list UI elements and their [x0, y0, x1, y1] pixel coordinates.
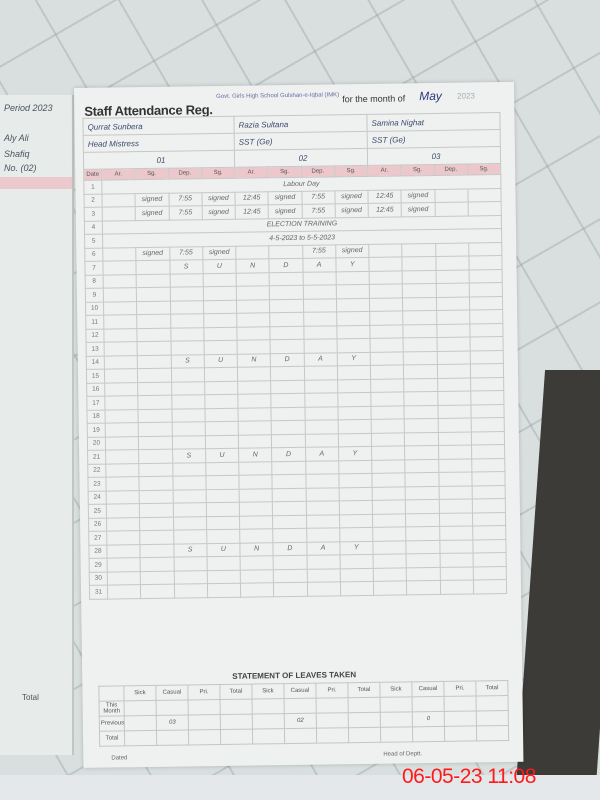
- attendance-cell: [173, 530, 206, 544]
- attendance-cell: 7:55: [302, 244, 335, 258]
- attendance-cell: [140, 544, 173, 558]
- attendance-cell: [139, 476, 172, 490]
- attendance-cell: [170, 327, 203, 341]
- attendance-cell: [339, 514, 372, 528]
- attendance-cell: [468, 242, 501, 256]
- attendance-cell: [303, 325, 336, 339]
- leaves-table: Sick Casual Pri. Total Sick Casual Pri. …: [98, 680, 509, 747]
- attendance-cell: [471, 418, 504, 432]
- attendance-cell: [404, 364, 437, 378]
- attendance-cell: [203, 286, 236, 300]
- attendance-cell: [338, 433, 371, 447]
- attendance-cell: [435, 202, 468, 216]
- attendance-cell: [372, 500, 405, 514]
- attendance-cell: [174, 584, 207, 598]
- attendance-cell: [271, 366, 304, 380]
- attendance-cell: [272, 488, 305, 502]
- day-number: 14: [86, 356, 104, 370]
- attendance-cell: [371, 378, 404, 392]
- attendance-cell: N: [240, 542, 273, 556]
- attendance-cell: [273, 569, 306, 583]
- day-number: 4: [84, 221, 102, 235]
- attendance-cell: [239, 461, 272, 475]
- attendance-cell: [206, 489, 239, 503]
- attendance-cell: U: [204, 354, 237, 368]
- day-number: 8: [85, 275, 103, 289]
- attendance-cell: [239, 475, 272, 489]
- attendance-cell: [102, 207, 135, 221]
- attendance-cell: [240, 583, 273, 597]
- attendance-cell: signed: [202, 192, 235, 206]
- attendance-cell: [306, 501, 339, 515]
- attendance-cell: signed: [202, 246, 235, 260]
- attendance-cell: [303, 271, 336, 285]
- attendance-cell: [205, 462, 238, 476]
- leave-col: Sick: [380, 682, 412, 697]
- attendance-cell: [107, 531, 140, 545]
- attendance-cell: [273, 555, 306, 569]
- attendance-cell: [269, 272, 302, 286]
- attendance-cell: U: [205, 448, 238, 462]
- attendance-cell: [206, 502, 239, 516]
- day-number: 27: [89, 531, 107, 545]
- left-page-line: No. (02): [4, 163, 37, 173]
- attendance-cell: [405, 459, 438, 473]
- attendance-cell: [137, 355, 170, 369]
- attendance-cell: [137, 341, 170, 355]
- attendance-cell: [103, 247, 136, 261]
- attendance-cell: [371, 392, 404, 406]
- attendance-cell: [373, 581, 406, 595]
- attendance-cell: [369, 270, 402, 284]
- attendance-cell: [274, 582, 307, 596]
- col-arrival: Ar.: [102, 169, 135, 180]
- attendance-cell: [140, 503, 173, 517]
- attendance-cell: [336, 271, 369, 285]
- attendance-cell: [238, 380, 271, 394]
- attendance-cell: [306, 528, 339, 542]
- attendance-cell: [102, 193, 135, 207]
- attendance-cell: Y: [336, 257, 369, 271]
- attendance-cell: [273, 528, 306, 542]
- attendance-cell: [304, 366, 337, 380]
- day-number: 22: [88, 464, 106, 478]
- attendance-cell: [337, 338, 370, 352]
- attendance-cell: [470, 323, 503, 337]
- col-arrival: Ar.: [235, 167, 268, 178]
- attendance-cell: signed: [136, 247, 169, 261]
- attendance-cell: [406, 553, 439, 567]
- attendance-cell: [469, 256, 502, 270]
- attendance-cell: signed: [135, 206, 168, 220]
- attendance-cell: [406, 540, 439, 554]
- attendance-cell: signed: [335, 244, 368, 258]
- attendance-cell: S: [173, 543, 206, 557]
- attendance-cell: [338, 460, 371, 474]
- attendance-cell: [406, 499, 439, 513]
- attendance-cell: [270, 285, 303, 299]
- leave-col: Casual: [284, 683, 316, 698]
- attendance-cell: [404, 405, 437, 419]
- attendance-cell: [337, 365, 370, 379]
- attendance-cell: [469, 296, 502, 310]
- day-number: 11: [86, 315, 104, 329]
- attendance-cell: [469, 269, 502, 283]
- attendance-cell: [137, 314, 170, 328]
- attendance-cell: [473, 566, 506, 580]
- attendance-cell: [304, 339, 337, 353]
- attendance-cell: [138, 382, 171, 396]
- day-number: 12: [86, 329, 104, 343]
- attendance-cell: [137, 287, 170, 301]
- attendance-cell: [205, 435, 238, 449]
- attendance-cell: [372, 446, 405, 460]
- attendance-cell: [107, 517, 140, 531]
- attendance-cell: [137, 328, 170, 342]
- attendance-cell: [271, 420, 304, 434]
- leave-col: Pri.: [316, 683, 348, 698]
- attendance-cell: [237, 313, 270, 327]
- attendance-cell: [470, 364, 503, 378]
- attendance-cell: [438, 458, 471, 472]
- attendance-cell: signed: [268, 191, 301, 205]
- attendance-cell: [106, 477, 139, 491]
- col-date: Date: [84, 169, 102, 180]
- day-number: 31: [89, 585, 107, 599]
- attendance-cell: [240, 556, 273, 570]
- attendance-cell: [307, 555, 340, 569]
- attendance-cell: [403, 283, 436, 297]
- attendance-cell: [373, 567, 406, 581]
- attendance-cell: [171, 368, 204, 382]
- attendance-cell: [107, 571, 140, 585]
- attendance-cell: S: [169, 260, 202, 274]
- attendance-cell: [140, 517, 173, 531]
- attendance-cell: [140, 557, 173, 571]
- attendance-cell: [204, 367, 237, 381]
- attendance-cell: [402, 243, 435, 257]
- attendance-cell: [405, 445, 438, 459]
- attendance-cell: [305, 433, 338, 447]
- attendance-cell: [271, 393, 304, 407]
- attendance-cell: [437, 391, 470, 405]
- year-value: 2023: [457, 91, 475, 100]
- attendance-cell: U: [207, 543, 240, 557]
- attendance-cell: [104, 328, 137, 342]
- attendance-cell: [404, 391, 437, 405]
- attendance-cell: A: [306, 541, 339, 555]
- attendance-cell: [436, 323, 469, 337]
- staff-2-no: 02: [234, 148, 367, 167]
- attendance-cell: [438, 472, 471, 486]
- attendance-cell: [437, 377, 470, 391]
- attendance-cell: Y: [340, 541, 373, 555]
- attendance-cell: [136, 274, 169, 288]
- attendance-cell: [338, 392, 371, 406]
- attendance-cell: [370, 351, 403, 365]
- attendance-cell: [239, 515, 272, 529]
- staff-1-name: Qurrat Sunbera: [83, 116, 234, 135]
- attendance-cell: [205, 421, 238, 435]
- attendance-cell: [403, 351, 436, 365]
- day-number: 16: [87, 383, 105, 397]
- attendance-cell: [171, 381, 204, 395]
- month-label: for the month of: [342, 93, 405, 104]
- attendance-cell: [239, 488, 272, 502]
- attendance-cell: [237, 340, 270, 354]
- attendance-cell: [272, 461, 305, 475]
- attendance-cell: [172, 422, 205, 436]
- attendance-cell: N: [237, 353, 270, 367]
- attendance-cell: [236, 286, 269, 300]
- attendance-cell: [338, 419, 371, 433]
- attendance-cell: signed: [401, 189, 434, 203]
- attendance-cell: [105, 436, 138, 450]
- attendance-cell: [105, 423, 138, 437]
- attendance-cell: 7:55: [302, 204, 335, 218]
- day-number: 19: [87, 423, 105, 437]
- previous-casual: 0: [412, 711, 444, 726]
- attendance-cell: [136, 260, 169, 274]
- attendance-cell: [307, 582, 340, 596]
- attendance-cell: [372, 513, 405, 527]
- attendance-cell: [340, 581, 373, 595]
- attendance-cell: [437, 404, 470, 418]
- col-sign: Sg.: [401, 164, 434, 175]
- attendance-cell: [304, 379, 337, 393]
- attendance-cell: [471, 404, 504, 418]
- col-departure: Dep.: [168, 168, 201, 179]
- attendance-cell: [139, 463, 172, 477]
- attendance-cell: [373, 540, 406, 554]
- day-number: 21: [88, 450, 106, 464]
- attendance-cell: [472, 512, 505, 526]
- attendance-cell: Y: [337, 352, 370, 366]
- attendance-cell: [105, 409, 138, 423]
- col-sign: Sg.: [268, 166, 301, 177]
- attendance-cell: [436, 270, 469, 284]
- attendance-cell: [204, 340, 237, 354]
- attendance-cell: [173, 489, 206, 503]
- attendance-cell: U: [203, 259, 236, 273]
- col-sign: Sg.: [135, 168, 168, 179]
- attendance-cell: [369, 297, 402, 311]
- attendance-cell: [371, 405, 404, 419]
- attendance-cell: Y: [338, 446, 371, 460]
- attendance-cell: [170, 314, 203, 328]
- attendance-cell: [205, 394, 238, 408]
- attendance-cell: signed: [135, 193, 168, 207]
- left-page-line: Aly Ali: [4, 133, 29, 143]
- attendance-cell: [174, 570, 207, 584]
- attendance-cell: [206, 529, 239, 543]
- leave-col: Total: [220, 684, 252, 699]
- staff-3-designation: SST (Ge): [367, 130, 500, 149]
- attendance-cell: [369, 243, 402, 257]
- attendance-cell: [170, 273, 203, 287]
- attendance-cell: [468, 188, 501, 202]
- attendance-cell: 12:45: [235, 205, 268, 219]
- staff-2-name: Razia Sultana: [234, 114, 367, 133]
- col-departure: Dep.: [301, 166, 334, 177]
- attendance-cell: [141, 584, 174, 598]
- day-number: 18: [87, 410, 105, 424]
- attendance-cell: [273, 501, 306, 515]
- attendance-cell: [240, 569, 273, 583]
- left-page-header: Period 2023: [4, 103, 53, 113]
- attendance-cell: [307, 568, 340, 582]
- attendance-cell: [472, 526, 505, 540]
- attendance-cell: [337, 379, 370, 393]
- attendance-cell: [304, 406, 337, 420]
- attendance-cell: [107, 585, 140, 599]
- attendance-cell: [435, 256, 468, 270]
- attendance-cell: D: [272, 447, 305, 461]
- attendance-cell: [237, 367, 270, 381]
- day-number: 5: [85, 234, 103, 248]
- attendance-cell: [402, 256, 435, 270]
- day-number: 6: [85, 248, 103, 262]
- attendance-cell: [270, 312, 303, 326]
- attendance-cell: [103, 288, 136, 302]
- attendance-cell: [138, 422, 171, 436]
- attendance-cell: [470, 350, 503, 364]
- attendance-cell: [471, 458, 504, 472]
- attendance-cell: [236, 299, 269, 313]
- staff-3-name: Samina Nighat: [367, 113, 500, 132]
- attendance-cell: [407, 580, 440, 594]
- previous-casual: 02: [284, 713, 316, 728]
- attendance-cell: [205, 408, 238, 422]
- attendance-cell: [305, 420, 338, 434]
- attendance-cell: 12:45: [368, 203, 401, 217]
- leave-row-label: This Month: [99, 701, 124, 716]
- left-register-page: Period 2023 Aly Ali Shafiq No. (02) Tota…: [0, 95, 74, 755]
- day-number: 7: [85, 261, 103, 275]
- attendance-cell: [236, 272, 269, 286]
- attendance-cell: [206, 516, 239, 530]
- attendance-cell: [405, 432, 438, 446]
- attendance-cell: [370, 311, 403, 325]
- attendance-cell: [406, 567, 439, 581]
- attendance-cell: [372, 486, 405, 500]
- attendance-cell: [105, 382, 138, 396]
- attendance-cell: [106, 490, 139, 504]
- attendance-cell: [369, 284, 402, 298]
- attendance-cell: [303, 298, 336, 312]
- attendance-cell: [439, 526, 472, 540]
- attendance-cell: [206, 475, 239, 489]
- day-number: 25: [88, 504, 106, 518]
- leave-col: Total: [476, 681, 508, 696]
- attendance-cell: signed: [202, 205, 235, 219]
- attendance-cell: [103, 261, 136, 275]
- attendance-cell: [339, 500, 372, 514]
- attendance-cell: [437, 364, 470, 378]
- attendance-cell: [103, 274, 136, 288]
- day-number: 24: [88, 491, 106, 505]
- attendance-cell: [141, 571, 174, 585]
- day-number: 17: [87, 396, 105, 410]
- attendance-cell: [436, 297, 469, 311]
- attendance-cell: [172, 476, 205, 490]
- attendance-cell: [139, 436, 172, 450]
- attendance-cell: [403, 297, 436, 311]
- attendance-cell: [106, 463, 139, 477]
- attendance-cell: [472, 472, 505, 486]
- attendance-cell: [105, 396, 138, 410]
- attendance-cell: [303, 312, 336, 326]
- attendance-cell: A: [305, 447, 338, 461]
- attendance-cell: [370, 365, 403, 379]
- attendance-cell: signed: [401, 202, 434, 216]
- col-departure: Dep.: [434, 164, 467, 175]
- attendance-cell: D: [273, 542, 306, 556]
- attendance-cell: [173, 503, 206, 517]
- attendance-cell: [104, 342, 137, 356]
- attendance-cell: [104, 355, 137, 369]
- attendance-cell: N: [236, 259, 269, 273]
- day-number: 26: [89, 518, 107, 532]
- attendance-cell: [238, 394, 271, 408]
- attendance-cell: [104, 369, 137, 383]
- attendance-cell: [468, 202, 501, 216]
- col-sign: Sg.: [467, 164, 500, 175]
- attendance-cell: [473, 580, 506, 594]
- month-value: May: [419, 89, 442, 103]
- attendance-cell: 12:45: [368, 189, 401, 203]
- attendance-cell: [405, 486, 438, 500]
- attendance-cell: [137, 301, 170, 315]
- attendance-cell: D: [270, 353, 303, 367]
- leave-col: Sick: [124, 685, 156, 700]
- attendance-cell: [337, 325, 370, 339]
- attendance-cell: [440, 553, 473, 567]
- leaves-title: STATEMENT OF LEAVES TAKEN: [232, 670, 356, 681]
- attendance-cell: [172, 462, 205, 476]
- attendance-cell: [406, 513, 439, 527]
- attendance-cell: [371, 432, 404, 446]
- attendance-cell: [172, 435, 205, 449]
- attendance-cell: signed: [335, 203, 368, 217]
- attendance-cell: [403, 310, 436, 324]
- attendance-cell: [438, 418, 471, 432]
- attendance-cell: [440, 580, 473, 594]
- attendance-cell: [272, 434, 305, 448]
- attendance-cell: [404, 418, 437, 432]
- leave-col: Pri.: [444, 681, 476, 696]
- attendance-cell: [471, 391, 504, 405]
- attendance-cell: [438, 445, 471, 459]
- attendance-cell: [270, 326, 303, 340]
- leave-col: Sick: [252, 684, 284, 699]
- attendance-cell: [340, 554, 373, 568]
- attendance-cell: [270, 299, 303, 313]
- attendance-cell: [174, 557, 207, 571]
- attendance-cell: [240, 529, 273, 543]
- attendance-cell: [340, 568, 373, 582]
- attendance-cell: [404, 378, 437, 392]
- attendance-cell: [472, 499, 505, 513]
- attendance-cell: [306, 514, 339, 528]
- previous-casual: 03: [156, 715, 188, 730]
- col-arrival: Ar.: [368, 165, 401, 176]
- attendance-cell: [473, 539, 506, 553]
- attendance-cell: S: [171, 354, 204, 368]
- day-number: 29: [89, 558, 107, 572]
- attendance-cell: [207, 583, 240, 597]
- attendance-cell: [469, 283, 502, 297]
